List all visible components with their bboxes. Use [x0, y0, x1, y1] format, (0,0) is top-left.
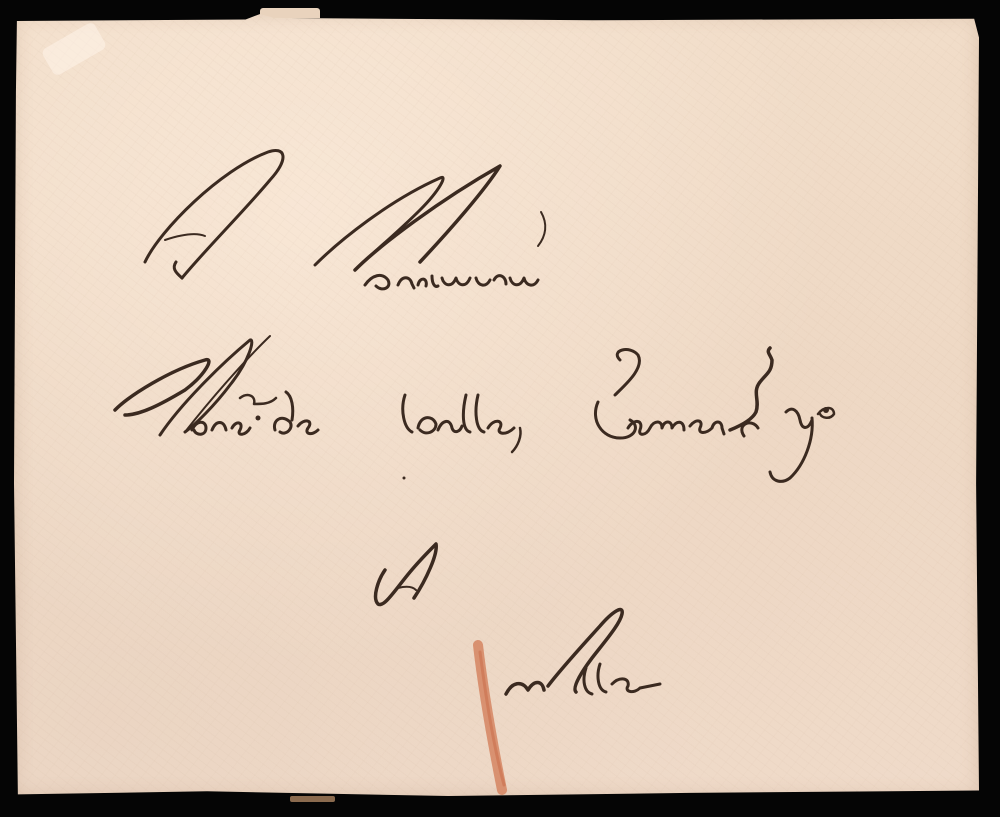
salutation-prefix: A — [140, 200, 290, 280]
paper-crease — [41, 21, 108, 77]
addressee-line: Monsr. de Valle, Damand ye — [110, 335, 870, 485]
crayon-rate-mark: red crayon vertical stroke (postal rate … — [470, 640, 520, 795]
paper-underside-edge — [290, 796, 335, 802]
destination-city: Lille — [500, 600, 670, 710]
salutation-title: Monsieur — [310, 170, 560, 290]
destination-prefix: A — [365, 540, 445, 610]
